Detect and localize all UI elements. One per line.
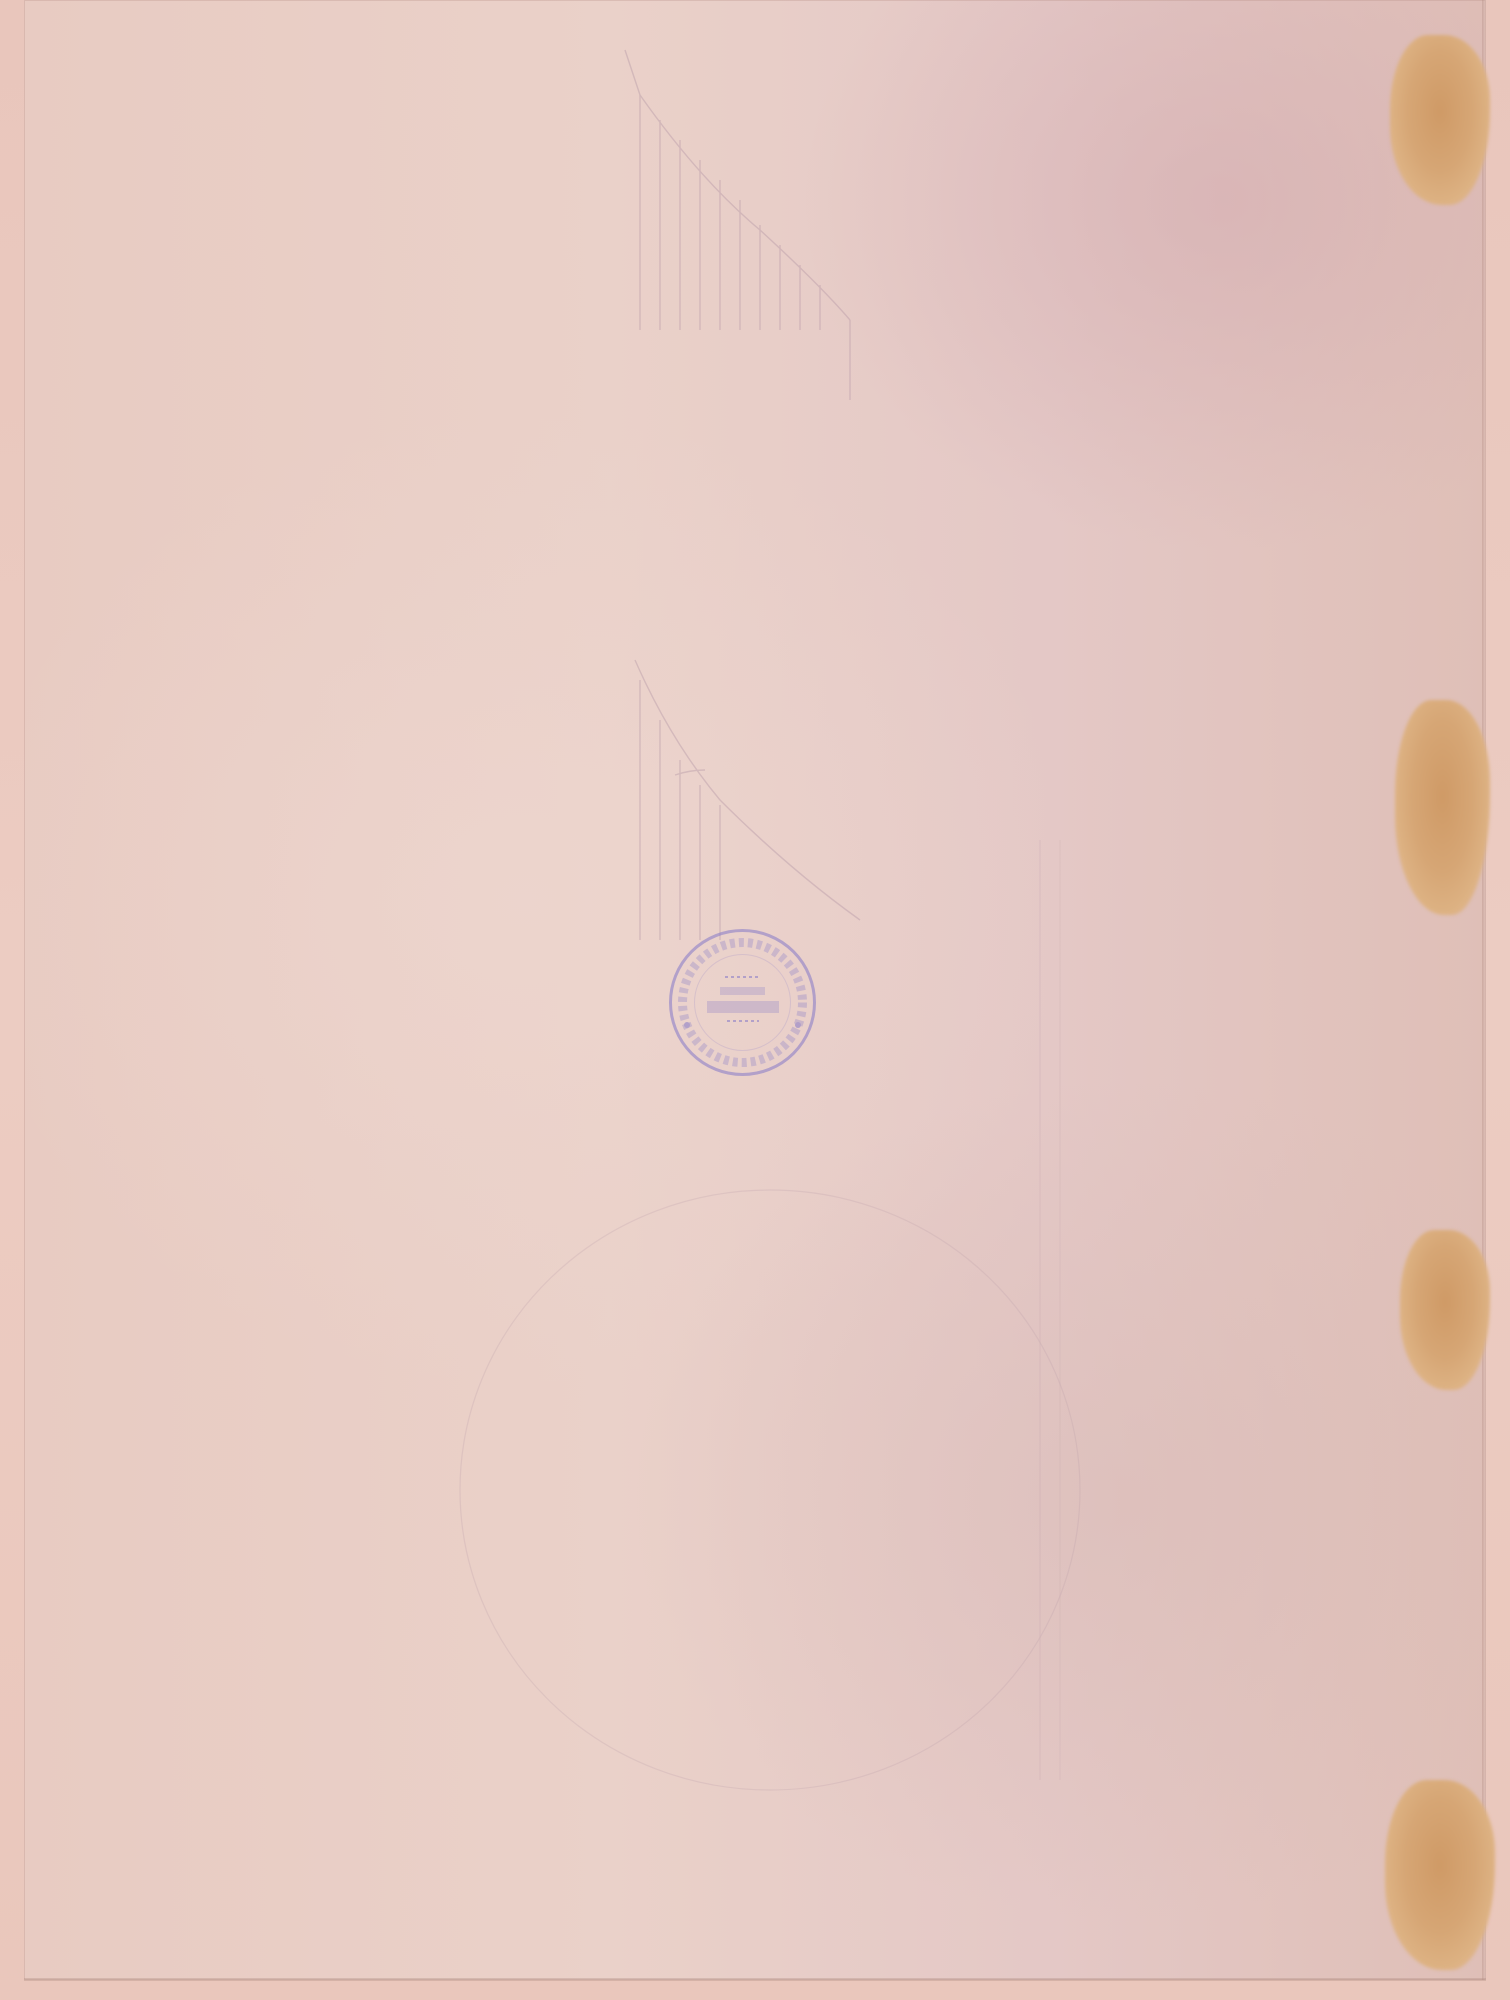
stamp-seal-icon xyxy=(665,925,820,1080)
tape-residue-stain xyxy=(1390,35,1490,205)
tape-residue-stain xyxy=(1395,700,1490,915)
tape-residue-stain xyxy=(1400,1230,1490,1390)
tape-residue-stain xyxy=(1385,1780,1495,1970)
ink-stamp xyxy=(665,925,820,1080)
